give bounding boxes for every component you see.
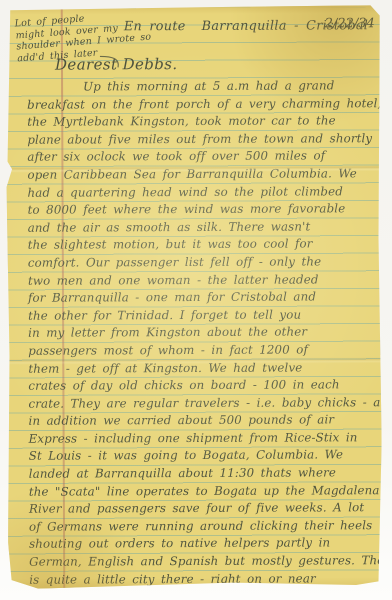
letter-line: in addition we carried about 500 pounds … [29,411,375,430]
letter-line: two men and one woman - the latter heade… [28,271,374,290]
letter-line: the slightest motion, but it was too coo… [28,236,374,255]
letter-line: passengers most of whom - in fact 1200 o… [28,341,374,360]
letter-page: Lot of people might look over my shoulde… [6,5,383,589]
letter-body: Up this morning at 5 a.m had a grand bre… [27,77,375,589]
letter-line: breakfast on the front porch of a very c… [27,95,373,114]
letter-line: crates of day old chicks on board - 100 … [28,376,374,395]
letter-line: crate. They are regular travelers - i.e.… [28,394,374,413]
letter-line: comfort. Our passenger list fell off - o… [28,253,374,272]
salutation: Dearest Debbs. [55,55,178,74]
letter-line: to 8000 feet where the wind was more fav… [28,200,374,219]
letter-line: Express - including one shipment from Ri… [29,429,375,448]
letter-line: the "Scata" line operates to Bogata up t… [29,482,375,501]
letter-line: in my letter from Kingston about the oth… [28,324,374,343]
letter-line: of Germans were running around clicking … [29,517,375,536]
letter-line: is quite a little city there - right on … [29,570,375,589]
letter-line: the Myrtlebank Kingston, took motor car … [27,112,373,131]
letter-line: Up this morning at 5 a.m had a grand [27,77,373,96]
letter-line: St Louis - it was going to Bogata, Colum… [29,447,375,466]
letter-line: had a quartering head wind so the pilot … [28,183,374,202]
letter-line: after six oclock we took off over 500 mi… [27,148,373,167]
letter-line: open Caribbean Sea for Barranquilla Colu… [27,165,373,184]
letter-line: and the air as smooth as silk. There was… [28,218,374,237]
letter-date: 2/22/34 [325,16,375,31]
letter-line: German, English and Spanish but mostly g… [29,552,375,571]
letter-line: them - get off at Kingston. We had twelv… [28,359,374,378]
route-prefix: En route [124,19,186,34]
letter-line: the other for Trinidad. I forget to tell… [28,306,374,325]
letter-line: River and passengers save four of five w… [29,499,375,518]
letter-line: for Barranquilla - one man for Cristobal… [28,288,374,307]
letter-line: plane about five miles out from the town… [27,130,373,149]
letter-line: shouting out orders to native helpers pa… [29,535,375,554]
letter-line: landed at Barranquilla about 11:30 thats… [29,464,375,483]
